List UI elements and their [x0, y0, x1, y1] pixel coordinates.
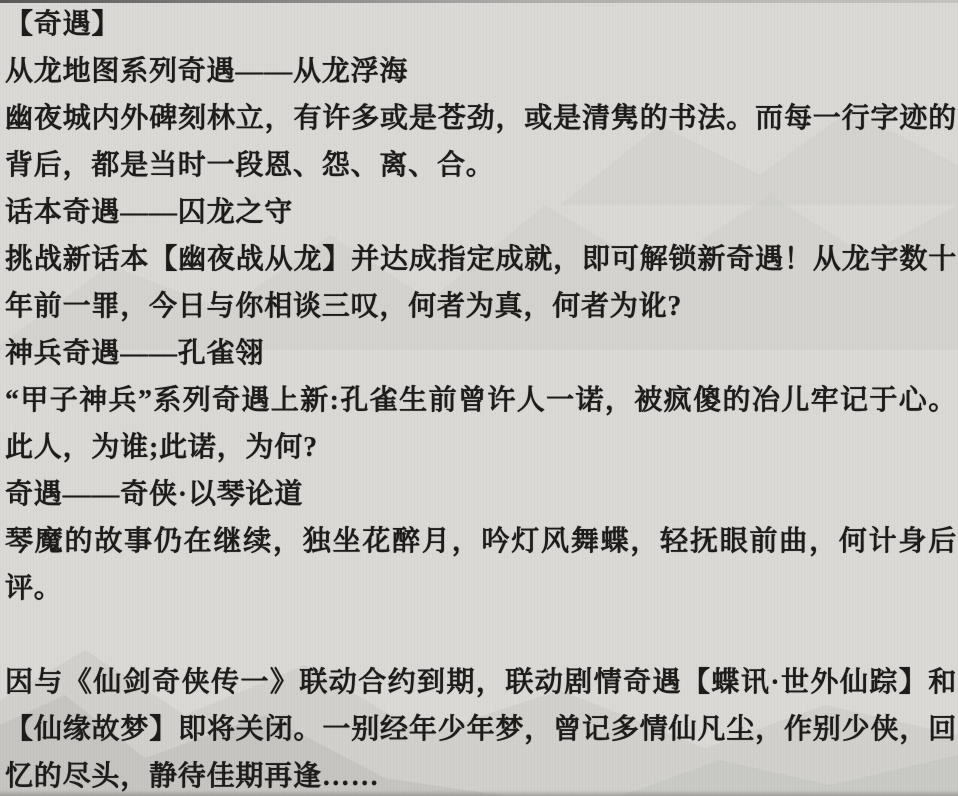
- closing-notice-paragraph: 因与《仙剑奇侠传一》联动合约到期，联动剧情奇遇【蝶讯·世外仙踪】和【仙缘故梦】即…: [5, 659, 957, 796]
- page-title: 【奇遇】: [5, 1, 957, 48]
- paragraph-spacer: [5, 612, 957, 659]
- section-body-weapon-adventure: “甲子神兵”系列奇遇上新:孔雀生前曾许人一诺，被疯傻的冶儿牢记于心。此人，为谁;…: [5, 377, 957, 471]
- section-heading-weapon-adventure: 神兵奇遇——孔雀翎: [5, 330, 957, 377]
- section-body-hero-adventure: 琴魔的故事仍在继续，独坐花醉月，吟灯风舞蝶，轻抚眼前曲，何计身后评。: [5, 518, 957, 612]
- section-heading-storybook-adventure: 话本奇遇——囚龙之守: [5, 189, 957, 236]
- section-heading-hero-adventure: 奇遇——奇侠·以琴论道: [5, 471, 957, 518]
- announcement-text-panel: 【奇遇】 从龙地图系列奇遇——从龙浮海 幽夜城内外碑刻林立，有许多或是苍劲，或是…: [0, 0, 958, 796]
- section-body-storybook-adventure: 挑战新话本【幽夜战从龙】并达成指定成就，即可解锁新奇遇！从龙宇数十年前一罪，今日…: [5, 236, 957, 330]
- section-body-map-adventure: 幽夜城内外碑刻林立，有许多或是苍劲，或是清隽的书法。而每一行字迹的背后，都是当时…: [5, 95, 957, 189]
- section-heading-map-adventure: 从龙地图系列奇遇——从龙浮海: [5, 48, 957, 95]
